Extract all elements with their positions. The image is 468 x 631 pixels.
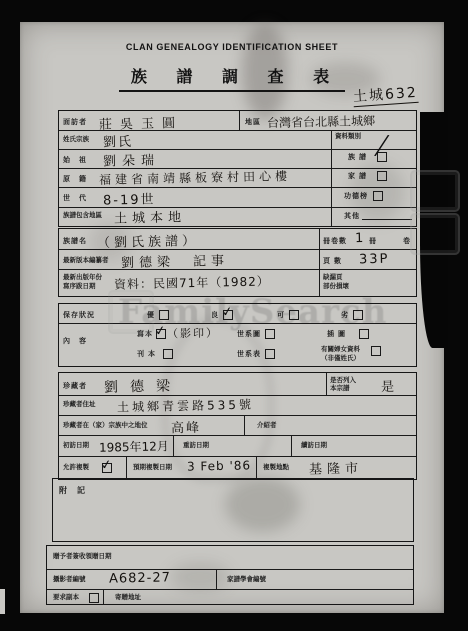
area-value: 台灣省台北縣土城鄉: [267, 112, 375, 131]
volumes-unit-ce: 冊: [369, 236, 377, 246]
scanned-genealogy-sheet: { "header": { "eng_title": "CLAN GENEALO…: [0, 0, 468, 631]
photographer-number-label: 攝影者編號: [53, 576, 86, 584]
holder-address-label: 珍藏者住址: [63, 401, 96, 409]
coverage-value: 土城本地: [114, 206, 186, 227]
second-visit-label: 重訪日期: [183, 442, 209, 450]
women-data-label-line2: （非僅姓氏）: [321, 355, 360, 363]
donor-sign-date-label: 贈予者簽收領贈日期: [53, 553, 112, 561]
grid-line: [256, 456, 257, 479]
category-header: 資料類別: [335, 133, 361, 141]
clan-position-value: 高峰: [171, 417, 201, 437]
basic-info-table: 面訪者 莊吳玉圓 地區 台灣省台北縣土城鄉 姓氏宗族 劉氏 始 祖 劉朵瑞 原 …: [58, 110, 417, 227]
women-data-label-line1: 有關婦女資料: [321, 346, 360, 354]
condition-label: 保存狀況: [63, 310, 95, 320]
content-label: 內 容: [63, 336, 87, 346]
notes-label: 附 記: [59, 485, 86, 496]
form-title: 族 譜 調 查 表: [119, 64, 345, 92]
listed-label-line2: 本宗譜: [330, 385, 350, 393]
scanned-paper-form: FamilySearch CLAN GENEALOGY IDENTIFICATI…: [20, 22, 444, 613]
print-label: 刊 本: [137, 349, 156, 359]
condition-fair-label: 可: [277, 310, 285, 320]
generations-value: 8-19世: [103, 188, 156, 208]
lineage-chart-label: 世系圖: [237, 329, 261, 339]
donor-table: 贈予者簽收領贈日期 攝影者編號 A682-27 家譜學會編號 要求副本 寄贈地址: [46, 545, 414, 605]
category-gongdebang-label: 功德榜: [344, 191, 368, 201]
photographer-number-value: A682-27: [109, 570, 171, 586]
followup-visit-label: 續訪日期: [301, 442, 327, 450]
women-data-checkbox: [371, 346, 381, 356]
interviewer-label: 面訪者: [63, 117, 87, 127]
copy-permission-label: 允許複製: [63, 464, 89, 472]
missing-pages-label-line2: 部份損壞: [323, 283, 349, 291]
category-zupu-label: 族 譜: [348, 152, 367, 162]
manuscript-note: （影印）: [167, 324, 219, 341]
holder-table: 珍藏者 劉德梁 是否列入 本宗譜 是 珍藏者住址 土城鄉青雲路535號 珍藏者在…: [58, 372, 417, 480]
coverage-label: 族譜包含地區: [63, 212, 102, 220]
first-visit-value: 1985年12月: [99, 437, 169, 455]
print-checkbox: [163, 349, 173, 359]
grid-line: [244, 415, 245, 435]
expected-copy-date-label: 預期複製日期: [133, 464, 172, 472]
lineage-table-label: 世系表: [237, 349, 261, 359]
holder-value: 劉德梁: [104, 375, 182, 397]
pages-value: 33P: [359, 252, 390, 268]
interviewer-value: 莊吳玉圓: [99, 112, 183, 133]
manuscript-checkmark: ✓: [154, 323, 167, 339]
condition-fair-checkbox: [289, 310, 299, 320]
clan-position-label: 珍藏者在（家）宗族中之地位: [63, 422, 148, 430]
illustration-label: 插 圖: [327, 329, 346, 339]
holder-label: 珍藏者: [63, 381, 87, 391]
condition-good-label: 良: [211, 310, 219, 320]
request-copy-checkbox: [89, 593, 99, 603]
genealogy-title-value: （劉氏族譜）: [97, 230, 199, 251]
listed-value: 是: [381, 376, 396, 395]
grid-line: [59, 269, 416, 270]
volumes-label: 冊卷數: [323, 236, 347, 246]
grid-line: [239, 111, 240, 130]
illustration-checkbox: [359, 329, 369, 339]
ancestor-value: 劉朵瑞: [103, 149, 160, 169]
grid-line: [331, 130, 332, 226]
pubyear-label-line2: 寫序跋日期: [63, 283, 96, 291]
condition-good-checkmark: ✓: [221, 304, 234, 320]
grid-line: [326, 373, 327, 395]
grid-line: [47, 569, 413, 570]
first-visit-label: 初訪日期: [63, 442, 89, 450]
listed-label-line1: 是否列入: [330, 377, 356, 385]
missing-pages-label-line1: 缺漏頁: [323, 274, 343, 282]
compiler-value: 劉德梁 記事: [121, 250, 229, 271]
english-title: CLAN GENEALOGY IDENTIFICATION SHEET: [20, 42, 444, 52]
compiler-label: 最新版本編纂者: [63, 257, 109, 265]
volumes-value: 1: [355, 231, 366, 246]
grid-line: [47, 589, 413, 590]
surname-value: 劉氏: [103, 131, 133, 151]
grid-line: [59, 435, 416, 436]
grid-line: [291, 435, 292, 456]
condition-excellent-checkbox: [159, 310, 169, 320]
grid-line: [103, 589, 104, 604]
pubyear-label-line1: 最新出版年份: [63, 274, 102, 282]
title-compiler-table: 族譜名 （劉氏族譜） 冊卷數 1 冊 卷 最新版本編纂者 劉德梁 記事 頁 數 …: [58, 228, 417, 297]
society-number-label: 家譜學會編號: [227, 576, 266, 584]
donation-address-label: 寄贈地址: [115, 594, 141, 602]
ghost-stamp: [410, 170, 460, 212]
grid-line: [216, 569, 217, 589]
grid-line: [59, 415, 416, 416]
condition-poor-checkbox: [353, 310, 363, 320]
ghost-stamp: [410, 213, 460, 255]
generations-label: 世 代: [63, 193, 87, 203]
area-label: 地區: [245, 117, 261, 127]
ghost-stamp: [108, 290, 154, 334]
notes-box: 附 記: [52, 478, 414, 542]
handwritten-corner-note: 土城632: [352, 82, 418, 107]
copy-permission-checkmark: ✓: [100, 457, 113, 473]
grid-line: [173, 435, 174, 456]
grid-line: [319, 229, 320, 296]
genealogy-title-label: 族譜名: [63, 236, 87, 246]
lineage-chart-checkbox: [265, 329, 275, 339]
category-other-label: 其他: [344, 211, 360, 221]
zupu-checkmark: ╱: [375, 134, 389, 157]
origin-value: 福建省南靖縣板寮村田心樓: [99, 167, 291, 188]
ancestor-label: 始 祖: [63, 155, 87, 165]
scan-edge-sliver: [0, 589, 5, 614]
origin-label: 原 籍: [63, 174, 87, 184]
category-jiapu-label: 家 譜: [348, 171, 367, 181]
grid-line: [126, 456, 127, 479]
jiapu-checkbox: [377, 171, 387, 181]
surname-label: 姓氏宗族: [63, 136, 89, 144]
copy-location-label: 複製地點: [263, 464, 289, 472]
holder-address-value: 土城鄉青雲路535號: [117, 396, 254, 416]
referrer-label: 介紹者: [257, 422, 277, 430]
gongdebang-checkbox: [373, 191, 383, 201]
lineage-table-checkbox: [265, 349, 275, 359]
pages-label: 頁 數: [323, 256, 342, 266]
request-copy-label: 要求副本: [53, 594, 79, 602]
expected-copy-date-value: 3 Feb '86: [187, 458, 251, 473]
copy-location-value: 基隆市: [309, 457, 363, 477]
other-blank-line: [362, 211, 412, 220]
condition-poor-label: 劣: [341, 310, 349, 320]
